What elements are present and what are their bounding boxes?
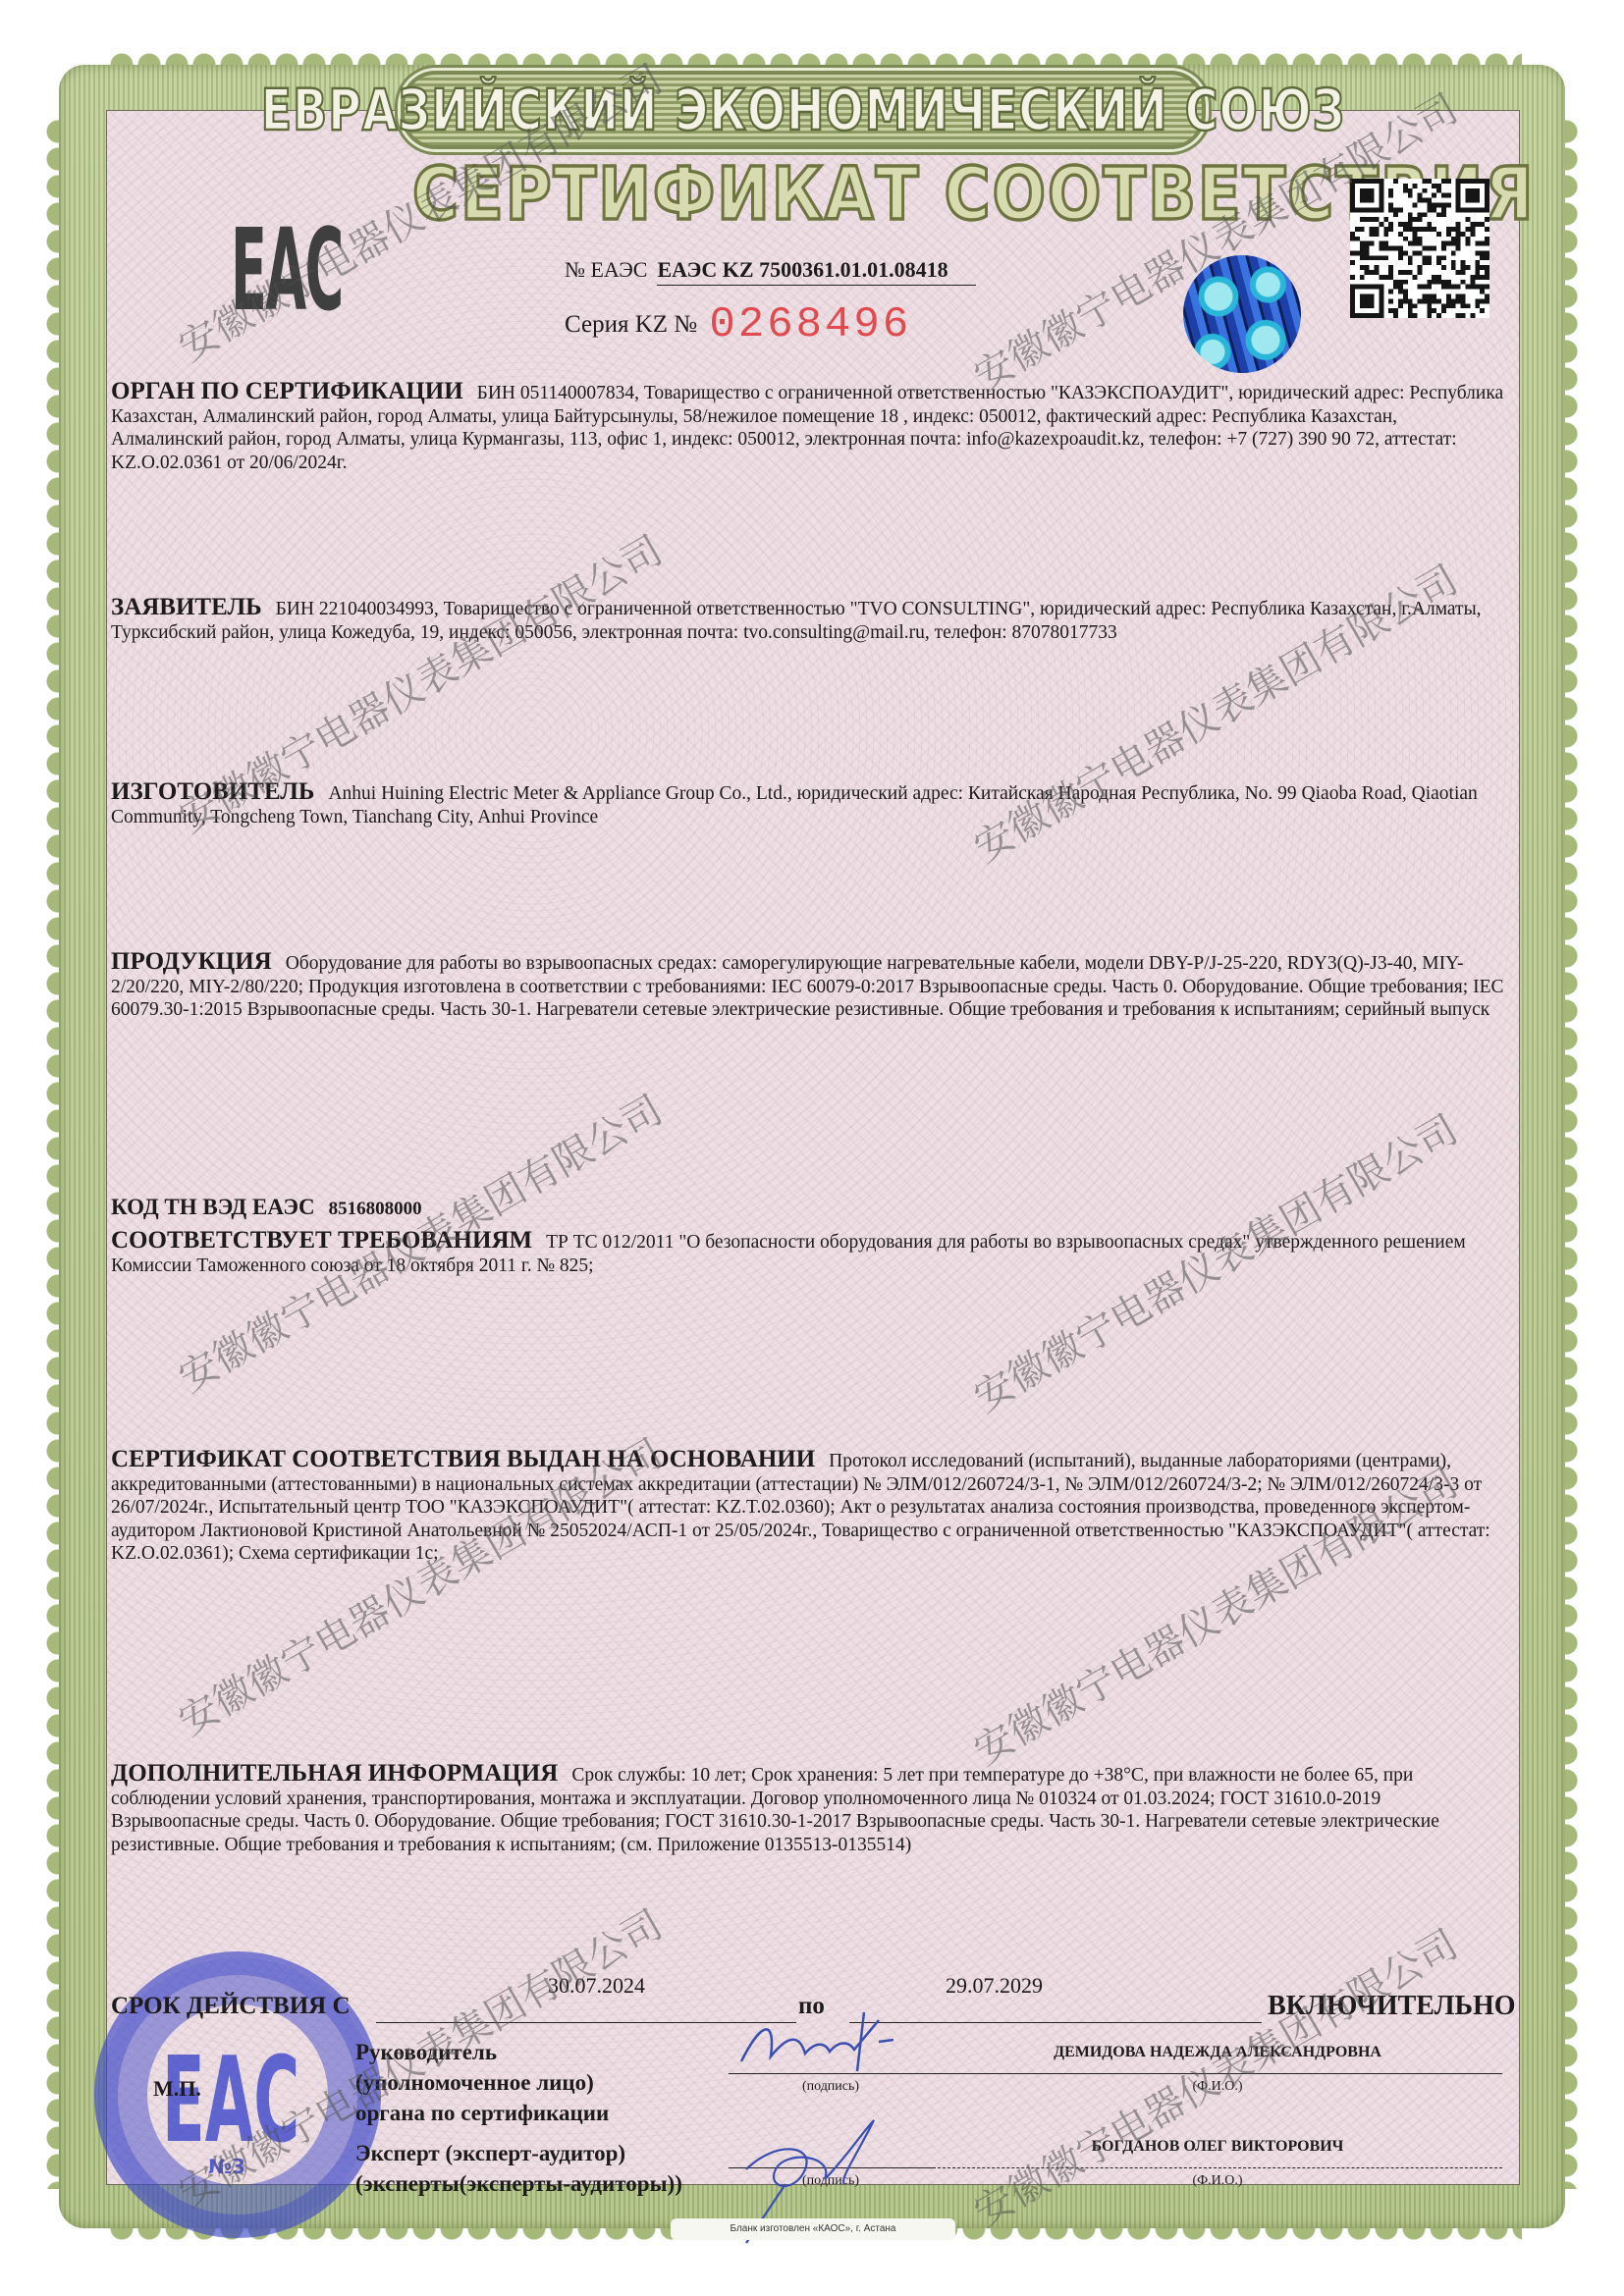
- section-text: Оборудование для работы во взрывоопасных…: [111, 953, 1503, 1020]
- section-heading: ПРОДУКЦИЯ: [111, 948, 272, 975]
- section-text: Anhui Huining Electric Meter & Appliance…: [111, 783, 1478, 828]
- head-signature-icon: [731, 2002, 908, 2081]
- printer-note: Бланк изготовлен «КАОС», г. Астана: [671, 2218, 955, 2240]
- head-name: ДЕМИДОВА НАДЕЖДА АЛЕКСАНДРОВНА: [933, 2044, 1502, 2061]
- section-additional-info: ДОПОЛНИТЕЛЬНАЯ ИНФОРМАЦИЯСрок службы: 10…: [111, 1762, 1505, 1856]
- hs-code-value: 8516808000: [329, 1199, 422, 1219]
- head-role-line: (уполномоченное лицо): [355, 2067, 609, 2098]
- series-number: 0268496: [709, 300, 911, 349]
- head-name-caption: (Ф.И.О.): [933, 2079, 1502, 2095]
- section-product: ПРОДУКЦИЯОборудование для работы во взры…: [111, 950, 1505, 1022]
- section-hs-code: КОД ТН ВЭД ЕАЭС8516808000: [111, 1196, 1505, 1221]
- qr-code-icon[interactable]: [1350, 179, 1489, 318]
- stamp-place-label: М.П.: [153, 2076, 201, 2102]
- eac-logo-icon: EAC: [231, 204, 304, 380]
- section-heading: ДОПОЛНИТЕЛЬНАЯ ИНФОРМАЦИЯ: [111, 1760, 558, 1787]
- union-title: ЕВРАЗИЙСКИЙ ЭКОНОМИЧЕСКИЙ СОЮЗ: [261, 77, 1346, 143]
- section-text: БИН 221040034993, Товарищество с огранич…: [111, 599, 1482, 643]
- series-row: Серия KZ № 0268496: [565, 300, 911, 349]
- eaeu-number-value: ЕАЭС KZ 7500361.01.01.08418: [657, 257, 975, 286]
- series-label: Серия KZ №: [565, 311, 697, 338]
- validity-to-date: 29.07.2029: [946, 1973, 1043, 1999]
- eaeu-number-label: № ЕАЭС: [565, 257, 647, 282]
- expert-role: Эксперт (эксперт-аудитор) (эксперты(эксп…: [355, 2138, 682, 2199]
- validity-to-line: [849, 2022, 1262, 2023]
- section-heading: ОРГАН ПО СЕРТИФИКАЦИИ: [111, 378, 463, 404]
- eaeu-number-row: № ЕАЭСЕАЭС KZ 7500361.01.01.08418: [565, 257, 976, 286]
- section-applicant: ЗАЯВИТЕЛЬБИН 221040034993, Товарищество …: [111, 596, 1505, 644]
- hologram-icon: [1183, 255, 1301, 373]
- expert-role-line: (эксперты(эксперты-аудиторы)): [355, 2168, 682, 2199]
- head-name-line: [933, 2073, 1502, 2074]
- section-heading: ИЗГОТОВИТЕЛЬ: [111, 778, 314, 805]
- section-heading: СЕРТИФИКАТ СООТВЕТСТВИЯ ВЫДАН НА ОСНОВАН…: [111, 1446, 815, 1472]
- section-certification-body: ОРГАН ПО СЕРТИФИКАЦИИБИН 051140007834, Т…: [111, 380, 1505, 474]
- expert-name-caption: (Ф.И.О.): [933, 2173, 1502, 2189]
- section-basis: СЕРТИФИКАТ СООТВЕТСТВИЯ ВЫДАН НА ОСНОВАН…: [111, 1448, 1505, 1566]
- certificate-title: СЕРТИФИКАТ СООТВЕТСТВИЯ: [412, 153, 1218, 237]
- section-heading: КОД ТН ВЭД ЕАЭС: [111, 1195, 315, 1219]
- section-heading: ЗАЯВИТЕЛЬ: [111, 594, 262, 620]
- section-heading: СООТВЕТСТВУЕТ ТРЕБОВАНИЯМ: [111, 1227, 532, 1254]
- expert-role-line: Эксперт (эксперт-аудитор): [355, 2138, 682, 2168]
- head-role: Руководитель (уполномоченное лицо) орган…: [355, 2037, 609, 2128]
- head-signature-caption: (подпись): [729, 2079, 933, 2095]
- stamp-number: №3: [208, 2155, 245, 2178]
- section-manufacturer: ИЗГОТОВИТЕЛЬAnhui Huining Electric Meter…: [111, 780, 1505, 828]
- head-role-line: органа по сертификации: [355, 2098, 609, 2128]
- validity-from-date: 30.07.2024: [548, 1973, 645, 1999]
- validity-label: СРОК ДЕЙСТВИЯ С: [111, 1993, 351, 2020]
- validity-inclusive: ВКЛЮЧИТЕЛЬНО: [1268, 1991, 1516, 2022]
- expert-name: БОГДАНОВ ОЛЕГ ВИКТОРОВИЧ: [933, 2138, 1502, 2156]
- section-complies: СООТВЕТСТВУЕТ ТРЕБОВАНИЯМТР ТС 012/2011 …: [111, 1229, 1505, 1277]
- union-banner: ЕВРАЗИЙСКИЙ ЭКОНОМИЧЕСКИЙ СОЮЗ: [401, 71, 1206, 149]
- expert-name-line: [933, 2167, 1502, 2168]
- head-role-line: Руководитель: [355, 2037, 609, 2067]
